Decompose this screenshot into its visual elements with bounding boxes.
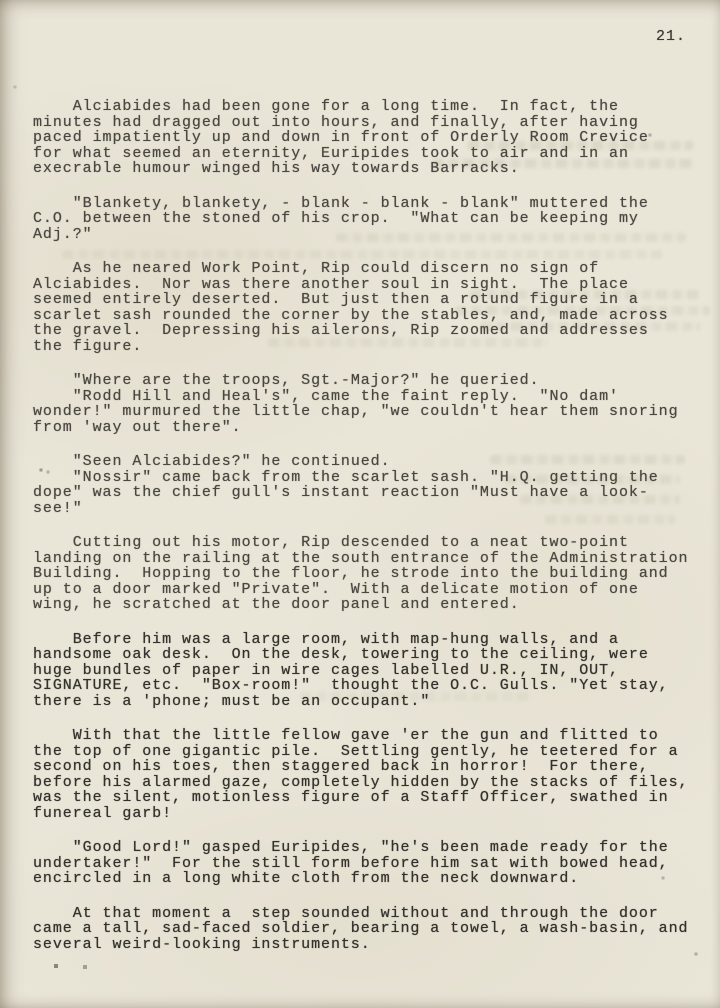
paragraph: With that the little fellow gave 'er the…: [33, 728, 694, 821]
paragraph: Cutting out his motor, Rip descended to …: [33, 535, 694, 613]
document-page: 21. Alciabides had been gone for a long …: [0, 0, 720, 1008]
paragraph: "Where are the troops, Sgt.-Major?" he q…: [33, 373, 694, 435]
paragraph: Before him was a large room, with map-hu…: [33, 632, 694, 710]
paragraph: As he neared Work Point, Rip could disce…: [33, 261, 694, 354]
paragraph: Alciabides had been gone for a long time…: [33, 99, 694, 177]
paper-specks: [0, 0, 2, 2]
paragraph: "Blankety, blankety, - blank - blank - b…: [33, 196, 694, 243]
paragraph: At that moment a step sounded without an…: [33, 906, 694, 953]
paragraph: "Seen Alciabides?" he continued. "Nossir…: [33, 454, 694, 516]
page-number: 21.: [656, 28, 686, 45]
paragraph: "Good Lord!" gasped Euripides, "he's bee…: [33, 840, 694, 887]
typewritten-text-block: Alciabides had been gone for a long time…: [33, 99, 694, 971]
